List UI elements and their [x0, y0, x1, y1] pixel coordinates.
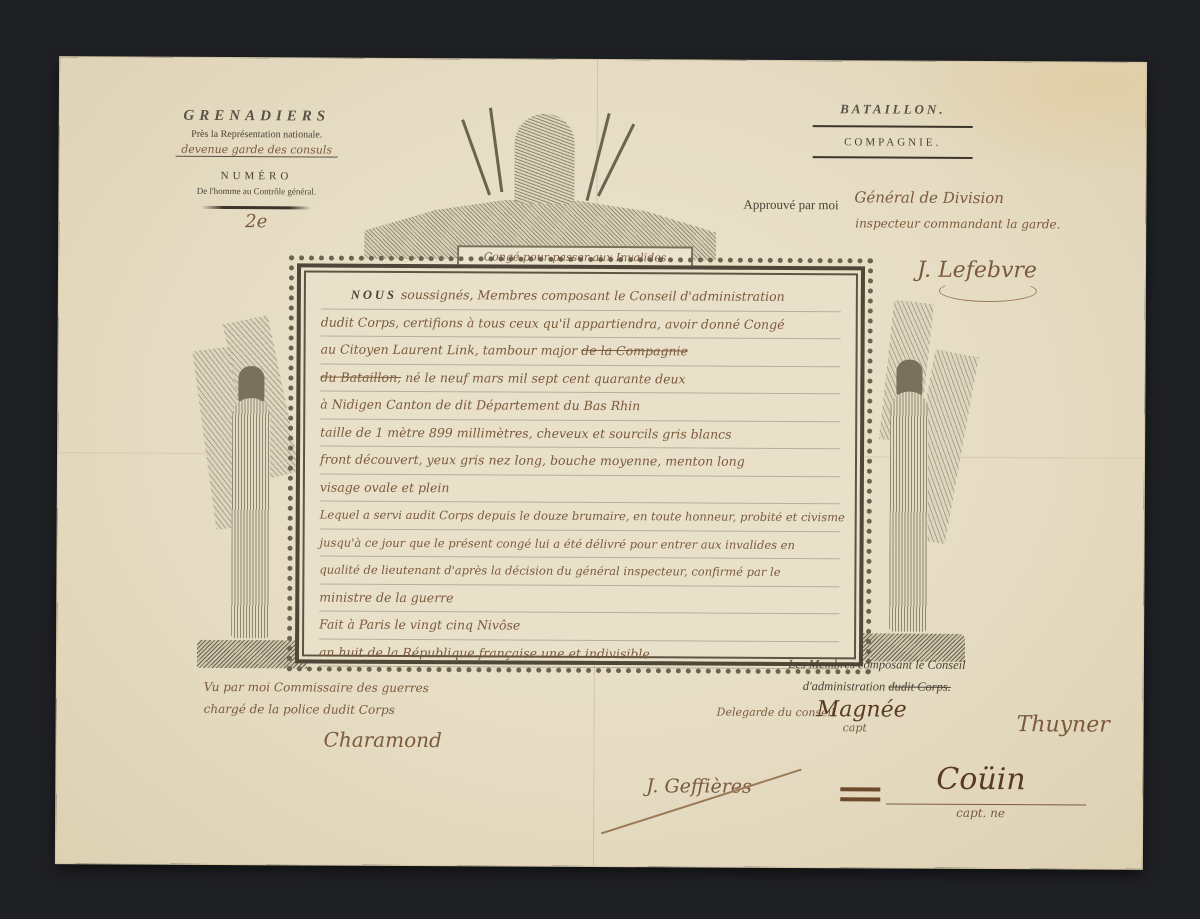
body-text: front découvert, yeux gris nez long, bou… — [320, 452, 745, 469]
certificate-body: NOUS soussignés, Membres composant le Co… — [319, 282, 841, 670]
body-text: Lequel a servi audit Corps depuis le dou… — [320, 508, 845, 525]
grenadier-illustration-right — [855, 301, 967, 662]
signature-couin-role: capt. ne — [956, 806, 1005, 820]
commissioner-line-2: chargé de la police dudit Corps — [204, 698, 442, 721]
signature-magnee: Magnée — [817, 697, 907, 722]
body-text: Fait à Paris le vingt cinq Nivôse — [319, 617, 520, 633]
flag-pole-icon — [461, 119, 491, 195]
body-line: jusqu'à ce jour que le présent congé lui… — [320, 529, 840, 559]
approval-title: Général de Division — [854, 188, 1004, 207]
body-line: qualité de lieutenant d'après la décisio… — [319, 557, 839, 587]
body-line: du Bataillon, né le neuf mars mil sept c… — [320, 364, 840, 394]
approval-printed: Approuvé par moi — [743, 197, 838, 213]
body-line: Lequel a servi audit Corps depuis le dou… — [320, 502, 840, 532]
council-line-1: Les Membres composant le Conseil — [747, 653, 1007, 676]
body-text: jusqu'à ce jour que le présent congé lui… — [320, 535, 795, 551]
battalion-rule — [813, 125, 973, 128]
body-line: Fait à Paris le vingt cinq Nivôse — [319, 612, 839, 642]
struck-text: du Bataillon, — [320, 369, 401, 384]
signature-couin: Coüin — [936, 762, 1025, 797]
nous-printed: NOUS — [351, 288, 397, 302]
council-printed: d'administration — [803, 679, 886, 693]
commissioner-signature: Charamond — [323, 729, 441, 752]
body-line: visage ovale et plein — [320, 474, 840, 504]
company-label: COMPAGNIE. — [788, 136, 998, 149]
unit-title: GRENADIERS — [152, 108, 362, 126]
body-line: taille de 1 mètre 899 millimètres, cheve… — [320, 419, 840, 449]
header-left: GRENADIERS Près la Représentation nation… — [151, 108, 362, 233]
body-text: an huit de la République française une e… — [319, 644, 650, 661]
numero-label: NUMÉRO — [151, 170, 361, 183]
approval-role: inspecteur commandant la garde. — [855, 216, 1060, 231]
body-line: front découvert, yeux gris nez long, bou… — [320, 447, 840, 477]
soldier-body — [231, 398, 270, 638]
certificate-frame: NOUS soussignés, Membres composant le Co… — [295, 263, 865, 666]
spear-icon — [586, 113, 611, 201]
unit-handwritten-note: devenue garde des consuls — [175, 143, 338, 158]
body-text: visage ovale et plein — [320, 479, 450, 495]
liberty-crest-engraving — [364, 107, 717, 261]
unit-subtitle: Près la Représentation nationale. — [152, 129, 362, 141]
footer-right: Les Membres composant le Conseil d'admin… — [747, 653, 1007, 698]
signature-flourish — [939, 280, 1037, 303]
soldier-body — [889, 392, 928, 632]
council-struck: dudit Corps. — [888, 680, 951, 694]
body-line: ministre de la guerre — [319, 584, 839, 614]
body-text: qualité de lieutenant d'après la décisio… — [319, 563, 780, 579]
battalion-label: BATAILLON. — [788, 101, 998, 118]
commissioner-line-1: Vu par moi Commissaire des guerres — [204, 676, 442, 699]
certificate-paper: GRENADIERS Près la Représentation nation… — [56, 57, 1146, 869]
body-text: né le neuf mars mil sept cent quarante d… — [401, 369, 686, 385]
ornamental-rule — [201, 206, 311, 210]
body-text: à Nidigen Canton de dit Département du B… — [320, 397, 640, 414]
footer-left: Vu par moi Commissaire des guerres charg… — [203, 676, 442, 751]
body-text: taille de 1 mètre 899 millimètres, cheve… — [320, 424, 732, 441]
body-text: dudit Corps, certifions à tous ceux qu'i… — [321, 314, 785, 331]
signature-geffieres: J. Geffières — [646, 775, 752, 798]
body-line: à Nidigen Canton de dit Département du B… — [320, 392, 840, 422]
struck-text: de la Compagnie — [581, 343, 688, 359]
signature-thuyner: Thuyner — [1017, 712, 1110, 737]
numero-subtitle: De l'homme au Contrôle général. — [151, 186, 361, 197]
numero-value: 2e — [151, 211, 361, 233]
body-line: dudit Corps, certifions à tous ceux qu'i… — [321, 309, 841, 339]
body-text: ministre de la guerre — [319, 589, 453, 605]
seated-liberty-figure — [514, 114, 574, 204]
flag-pole-icon — [489, 108, 503, 193]
body-text: soussignés, Membres composant le Conseil… — [397, 287, 785, 304]
header-right: BATAILLON. COMPAGNIE. — [788, 101, 998, 159]
body-line: NOUS soussignés, Membres composant le Co… — [321, 282, 841, 312]
body-text: au Citoyen Laurent Link, tambour major — [321, 342, 578, 358]
council-line-2: d'administration dudit Corps. — [747, 675, 1007, 698]
body-line: au Citoyen Laurent Link, tambour major d… — [321, 337, 841, 367]
ground-base — [197, 640, 307, 669]
double-rule-mark — [840, 787, 880, 801]
signature-magnee-role: capt — [843, 721, 867, 734]
company-rule — [813, 156, 973, 159]
grenadier-illustration-left — [197, 308, 309, 669]
